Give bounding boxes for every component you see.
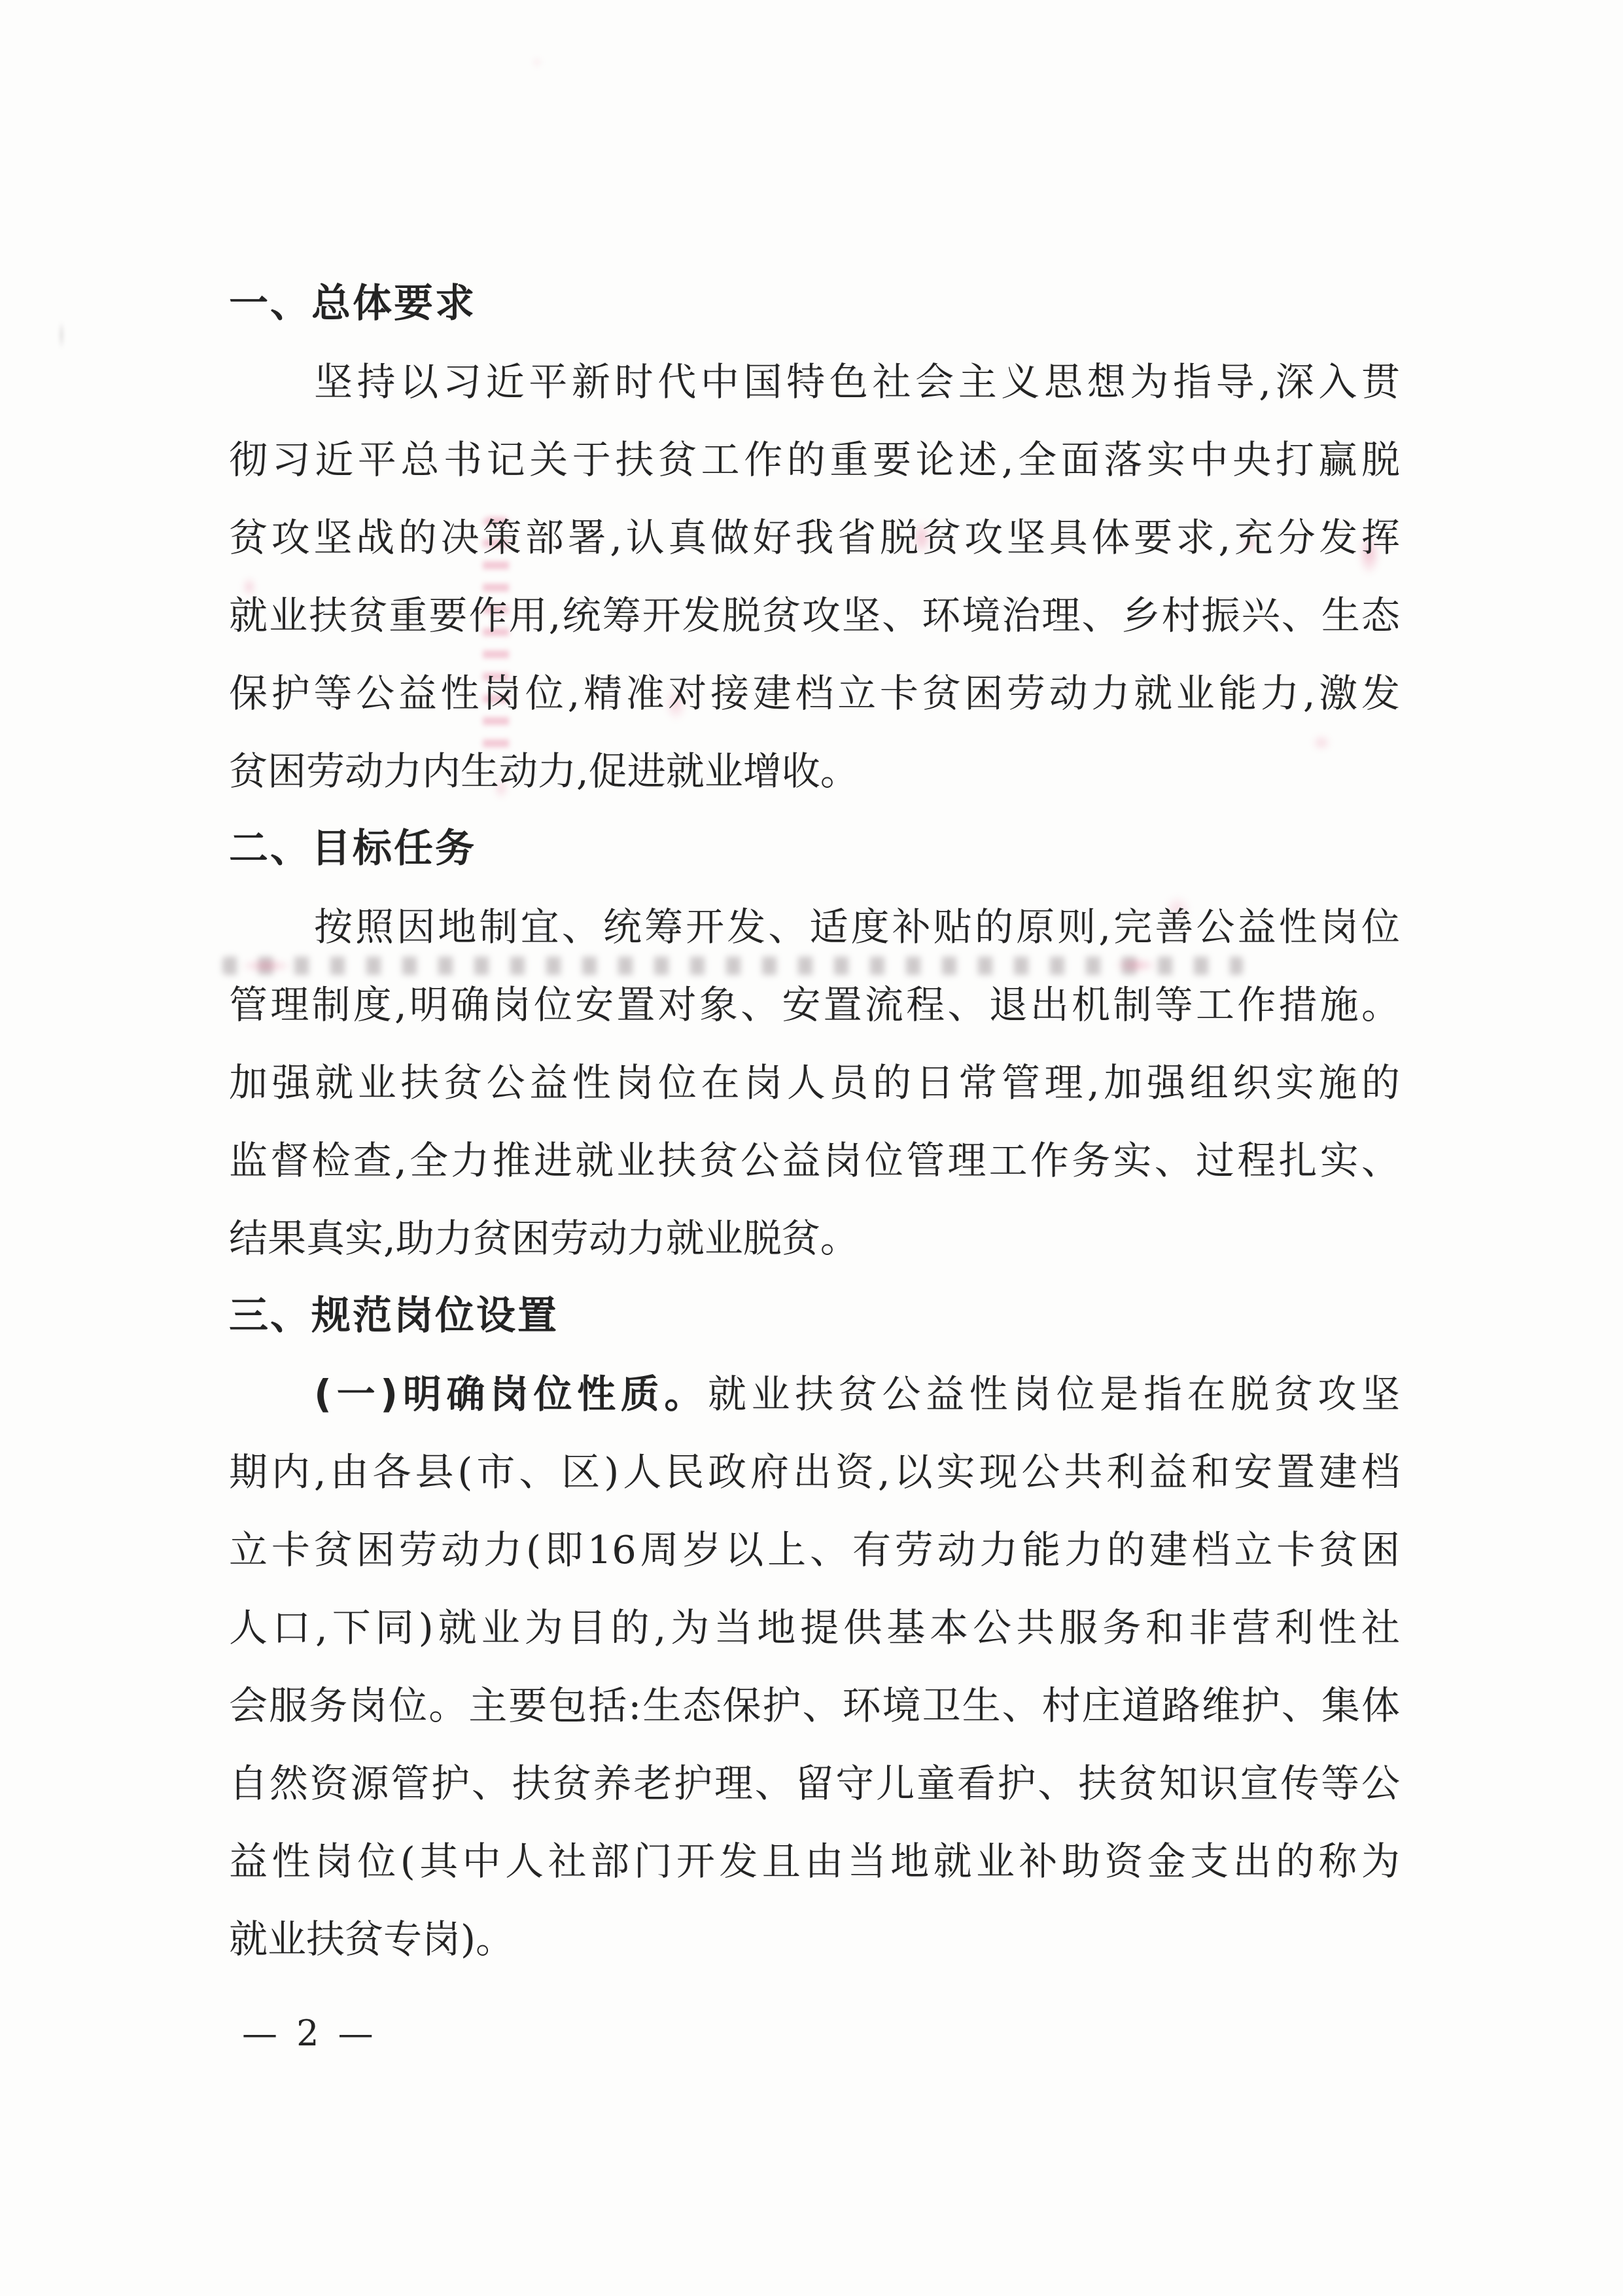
text-line: 监督检查,全力推进就业扶贫公益岗位管理工作务实、过程扎实、: [229, 1122, 1400, 1199]
text-line: 加强就业扶贫公益性岗位在岗人员的日常管理,加强组织实施的: [229, 1044, 1400, 1122]
text-line: 益性岗位(其中人社部门开发且由当地就业补助资金支出的称为: [229, 1822, 1400, 1900]
text-line-continuation: 就业扶贫公益性岗位是指在脱贫攻坚: [708, 1371, 1400, 1417]
text-line: 保护等公益性岗位,精准对接建档立卡贫困劳动力就业能力,激发: [229, 654, 1400, 732]
scan-smudge-artifact: [58, 314, 65, 356]
text-line: 就业扶贫重要作用,统筹开发脱贫攻坚、环境治理、乡村振兴、生态: [229, 576, 1400, 654]
text-line: 贫攻坚战的决策部署,认真做好我省脱贫攻坚具体要求,充分发挥: [229, 499, 1400, 576]
section-heading: 三、规范岗位设置: [229, 1277, 1400, 1355]
text-line: 贫困劳动力内生动力,促进就业增收。: [229, 732, 1400, 810]
text-line: 坚持以习近平新时代中国特色社会主义思想为指导,深入贯: [229, 343, 1400, 421]
text-line: 按照因地制宜、统筹开发、适度补贴的原则,完善公益性岗位: [229, 888, 1400, 966]
scanned-document-page: 一、总体要求 坚持以习近平新时代中国特色社会主义思想为指导,深入贯 彻习近平总书…: [0, 0, 1623, 2296]
section-heading: 二、目标任务: [229, 810, 1400, 888]
text-line: 结果真实,助力贫困劳动力就业脱贫。: [229, 1199, 1400, 1277]
text-line: 人口,下同)就业为目的,为当地提供基本公共服务和非营利性社: [229, 1589, 1400, 1667]
text-line: 立卡贫困劳动力(即16周岁以上、有劳动力能力的建档立卡贫困: [229, 1511, 1400, 1589]
page-number: — 2 —: [242, 2013, 377, 2054]
text-line: 自然资源管护、扶贫养老护理、留守儿童看护、扶贫知识宣传等公: [229, 1744, 1400, 1822]
text-line: 就业扶贫专岗)。: [229, 1900, 1400, 1978]
text-line: 会服务岗位。主要包括:生态保护、环境卫生、村庄道路维护、集体: [229, 1667, 1400, 1744]
document-text-block: 一、总体要求 坚持以习近平新时代中国特色社会主义思想为指导,深入贯 彻习近平总书…: [229, 265, 1400, 1978]
text-line: (一)明确岗位性质。就业扶贫公益性岗位是指在脱贫攻坚: [229, 1355, 1400, 1433]
section-heading: 一、总体要求: [229, 265, 1400, 343]
text-line: 管理制度,明确岗位安置对象、安置流程、退出机制等工作措施。: [229, 966, 1400, 1044]
text-line: 彻习近平总书记关于扶贫工作的重要论述,全面落实中央打赢脱: [229, 421, 1400, 499]
text-line: 期内,由各县(市、区)人民政府出资,以实现公共利益和安置建档: [229, 1433, 1400, 1511]
item-title: (一)明确岗位性质。: [314, 1371, 708, 1417]
ink-bleed-artifact: [531, 56, 543, 68]
